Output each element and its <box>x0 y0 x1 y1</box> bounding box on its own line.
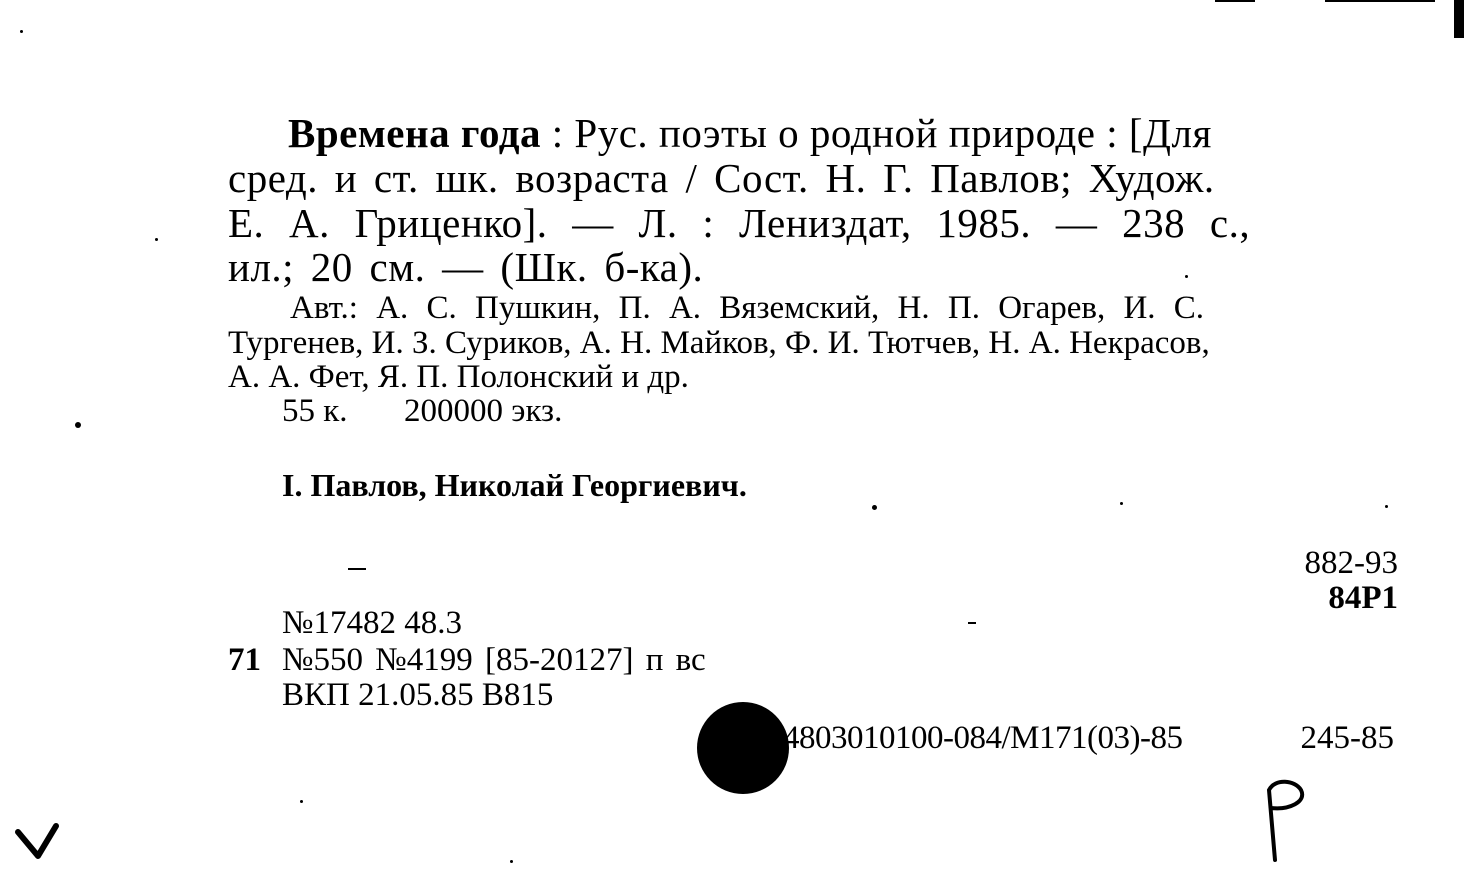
handwritten-p-icon <box>1255 770 1325 870</box>
scan-speck <box>300 800 303 803</box>
scan-edge-dash <box>1215 0 1255 2</box>
catalog-code: 4803010100-084/М171(03)-85 <box>783 720 1182 757</box>
description-line-1: Времена года : Рус. поэты о родной приро… <box>288 112 1212 154</box>
print-run: 200000 экз. <box>404 393 562 429</box>
classification-code-1: 882-93 <box>1305 545 1399 582</box>
bottom-line-3: ВКП 21.05.85 В815 <box>282 677 553 714</box>
scan-speck <box>348 568 366 570</box>
authors-line-3: А. А. Фет, Я. П. Полонский и др. <box>228 360 689 394</box>
price: 55 к. <box>282 393 348 429</box>
checkmark-icon <box>10 820 70 870</box>
index-entry: I. Павлов, Николай Георгиевич. <box>282 468 747 502</box>
scan-speck <box>1120 502 1123 505</box>
scan-speck <box>510 860 513 863</box>
scan-edge-bar <box>1454 0 1464 38</box>
bottom-line-2-prefix: 71 <box>228 642 261 679</box>
scan-speck <box>1385 505 1388 508</box>
book-title: Времена года <box>288 110 541 156</box>
authors-line-2: Тургенев, И. З. Суриков, А. Н. Майков, Ф… <box>228 326 1210 360</box>
scan-speck <box>155 238 158 241</box>
card-number: 245-85 <box>1301 720 1395 757</box>
scan-edge-dash <box>1325 0 1435 2</box>
scan-speck <box>20 30 23 33</box>
bottom-line-2: №550 №4199 [85-20127] п вс <box>282 642 706 679</box>
price-and-print-run: 55 к. 200000 экз. <box>282 394 562 428</box>
scan-speck <box>872 505 877 510</box>
description-line-3: Е. А. Гриценко]. — Л. : Лениздат, 1985. … <box>228 202 1250 244</box>
description-line-4: ил.; 20 см. — (Шк. б-ка). <box>228 246 703 288</box>
description-line-2: сред. и ст. шк. возраста / Сост. Н. Г. П… <box>228 157 1215 199</box>
authors-line-1: Авт.: А. С. Пушкин, П. А. Вяземский, Н. … <box>290 291 1204 325</box>
bottom-line-1: №17482 48.3 <box>282 605 462 642</box>
scan-speck <box>968 622 976 624</box>
punch-hole <box>697 702 789 794</box>
scan-speck <box>1185 275 1188 278</box>
classification-code-2: 84Р1 <box>1328 580 1398 617</box>
scan-speck <box>75 422 81 428</box>
